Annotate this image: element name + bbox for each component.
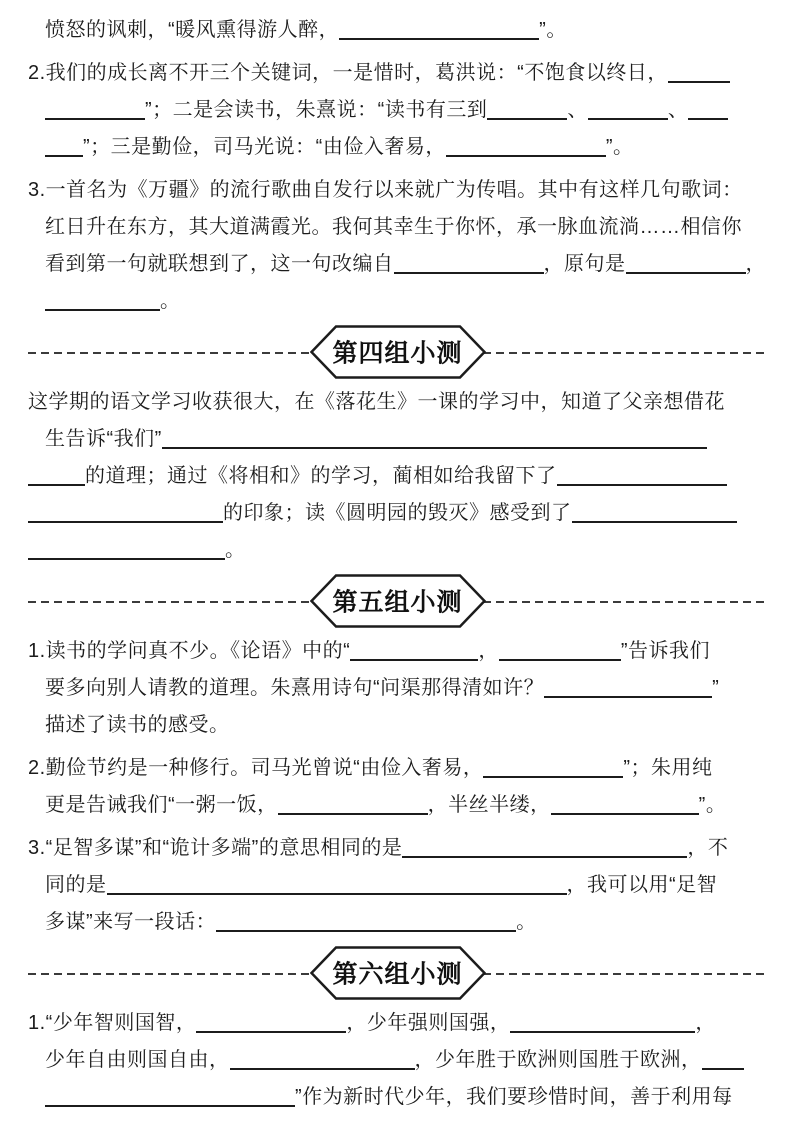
text-run: 、 xyxy=(567,99,588,121)
text-line: 要多向别人请教的道理。朱熹用诗句“问渠那得清如许？” xyxy=(28,670,767,707)
text-run: 。 xyxy=(225,539,246,561)
text-run: 。 xyxy=(516,911,537,933)
fill-in-blank xyxy=(544,676,712,698)
text-run: ”。 xyxy=(699,794,727,816)
fill-in-blank xyxy=(572,501,737,523)
worksheet-page: 愤怒的讽刺，“暖风熏得游人醉，”。2.我们的成长离不开三个关键词，一是惜时，葛洪… xyxy=(0,0,793,1122)
text-run: 2.勤俭节约是一种修行。司马光曾说“由俭入奢易， xyxy=(28,757,483,779)
section-divider: 第五组小测 xyxy=(28,575,767,627)
text-run: ， xyxy=(478,640,499,662)
text-run: ， xyxy=(695,1012,716,1034)
text-line: 同的是，我可以用“足智 xyxy=(28,867,767,904)
fill-in-blank xyxy=(557,464,727,486)
paragraph: 3.“足智多谋”和“诡计多端”的意思相同的是，不同的是，我可以用“足智多谋”来写… xyxy=(28,830,767,941)
fill-in-blank xyxy=(107,873,567,895)
text-run: ”作为新时代少年，我们要珍惜时间，善于利用每 xyxy=(295,1086,733,1108)
text-line: ”；二是会读书，朱熹说：“读书有三到、、 xyxy=(28,92,767,129)
fill-in-blank xyxy=(339,18,539,40)
fill-in-blank xyxy=(45,1085,295,1107)
section-divider: 第六组小测 xyxy=(28,947,767,999)
text-run: 3.一首名为《万疆》的流行歌曲自发行以来就广为传唱。其中有这样几句歌词： xyxy=(28,179,743,201)
text-run: ”。 xyxy=(539,19,567,41)
fill-in-blank xyxy=(278,793,428,815)
text-run: 1.读书的学问真不少。《论语》中的“ xyxy=(28,640,350,662)
fill-in-blank xyxy=(588,98,668,120)
text-line: 看到第一句就联想到了，这一句改编自，原句是， xyxy=(28,246,767,283)
text-run: 愤怒的讽刺，“暖风熏得游人醉， xyxy=(45,19,339,41)
section-badge: 第四组小测 xyxy=(310,325,486,379)
fill-in-blank xyxy=(45,135,83,157)
text-run: 、 xyxy=(668,99,689,121)
fill-in-blank xyxy=(230,1048,415,1070)
paragraph: 1.“少年智则国智，，少年强则国强，，少年自由则国自由，，少年胜于欧洲则国胜于欧… xyxy=(28,1005,767,1116)
text-run: ， xyxy=(746,253,767,275)
text-line: 少年自由则国自由，，少年胜于欧洲则国胜于欧洲， xyxy=(28,1042,767,1079)
text-line: 这学期的语文学习收获很大，在《落花生》一课的学习中，知道了父亲想借花 xyxy=(28,384,767,421)
text-run: ”；三是勤俭，司马光说：“由俭入奢易， xyxy=(83,136,446,158)
text-line: 1.“少年智则国智，，少年强则国强，， xyxy=(28,1005,767,1042)
text-line: 1.读书的学问真不少。《论语》中的“，”告诉我们 xyxy=(28,633,767,670)
text-line: ”；三是勤俭，司马光说：“由俭入奢易，”。 xyxy=(28,129,767,166)
paragraph: 2.勤俭节约是一种修行。司马光曾说“由俭入奢易，”；朱用纯更是告诫我们“一粥一饭… xyxy=(28,750,767,824)
text-line: 的道理；通过《将相和》的学习，蔺相如给我留下了 xyxy=(28,458,767,495)
text-line: 更是告诫我们“一粥一饭，，半丝半缕，”。 xyxy=(28,787,767,824)
text-run: ” xyxy=(712,677,719,699)
section-badge: 第六组小测 xyxy=(310,946,486,1000)
section-divider: 第四组小测 xyxy=(28,326,767,378)
text-line: 红日升在东方，其大道满霞光。我何其幸生于你怀，承一脉血流淌……相信你 xyxy=(28,209,767,246)
text-run: 多谋”来写一段话： xyxy=(45,911,216,933)
text-run: ，少年强则国强， xyxy=(346,1012,510,1034)
text-line: 3.“足智多谋”和“诡计多端”的意思相同的是，不 xyxy=(28,830,767,867)
text-run: 这学期的语文学习收获很大，在《落花生》一课的学习中，知道了父亲想借花 xyxy=(28,391,725,413)
text-run: 要多向别人请教的道理。朱熹用诗句“问渠那得清如许？ xyxy=(45,677,544,699)
fill-in-blank xyxy=(626,252,746,274)
text-line: ”作为新时代少年，我们要珍惜时间，善于利用每 xyxy=(28,1079,767,1116)
fill-in-blank xyxy=(510,1011,695,1033)
text-line: 的印象；读《圆明园的毁灭》感受到了 xyxy=(28,495,767,532)
text-run: ，我可以用“足智 xyxy=(567,874,718,896)
fill-in-blank xyxy=(483,756,623,778)
fill-in-blank xyxy=(28,501,223,523)
text-run: 看到第一句就联想到了，这一句改编自 xyxy=(45,253,394,275)
fill-in-blank xyxy=(487,98,567,120)
section-badge-label: 第四组小测 xyxy=(310,333,486,369)
text-run: 同的是 xyxy=(45,874,107,896)
text-run: 的印象；读《圆明园的毁灭》感受到了 xyxy=(223,502,572,524)
fill-in-blank xyxy=(45,289,160,311)
section-badge-label: 第六组小测 xyxy=(310,954,486,990)
text-run: ，不 xyxy=(687,837,728,859)
fill-in-blank xyxy=(394,252,544,274)
text-run: ，半丝半缕， xyxy=(428,794,551,816)
text-line: 3.一首名为《万疆》的流行歌曲自发行以来就广为传唱。其中有这样几句歌词： xyxy=(28,172,767,209)
fill-in-blank xyxy=(28,538,225,560)
text-run: 2.我们的成长离不开三个关键词，一是惜时，葛洪说：“不饱食以终日， xyxy=(28,62,668,84)
text-line: 2.我们的成长离不开三个关键词，一是惜时，葛洪说：“不饱食以终日， xyxy=(28,55,767,92)
paragraph: 1.读书的学问真不少。《论语》中的“，”告诉我们要多向别人请教的道理。朱熹用诗句… xyxy=(28,633,767,744)
fill-in-blank xyxy=(402,836,687,858)
fill-in-blank xyxy=(45,98,145,120)
text-run: ”告诉我们 xyxy=(621,640,710,662)
fill-in-blank xyxy=(28,464,85,486)
text-run: ”；朱用纯 xyxy=(623,757,712,779)
text-run: 少年自由则国自由， xyxy=(45,1049,230,1071)
text-run: 红日升在东方，其大道满霞光。我何其幸生于你怀，承一脉血流淌……相信你 xyxy=(45,216,742,238)
text-run: 的道理；通过《将相和》的学习，蔺相如给我留下了 xyxy=(85,465,557,487)
fill-in-blank xyxy=(668,61,730,83)
text-run: 更是告诫我们“一粥一饭， xyxy=(45,794,278,816)
text-run: ，少年胜于欧洲则国胜于欧洲， xyxy=(415,1049,702,1071)
paragraph: 愤怒的讽刺，“暖风熏得游人醉，”。 xyxy=(28,12,767,49)
paragraph: 2.我们的成长离不开三个关键词，一是惜时，葛洪说：“不饱食以终日，”；二是会读书… xyxy=(28,55,767,166)
fill-in-blank xyxy=(162,427,707,449)
text-run: ”；二是会读书，朱熹说：“读书有三到 xyxy=(145,99,487,121)
text-run: 1.“少年智则国智， xyxy=(28,1012,196,1034)
text-run: 描述了读书的感受。 xyxy=(45,714,230,736)
section-badge-label: 第五组小测 xyxy=(310,582,486,618)
section-badge: 第五组小测 xyxy=(310,574,486,628)
fill-in-blank xyxy=(350,639,478,661)
fill-in-blank xyxy=(688,98,728,120)
fill-in-blank xyxy=(499,639,621,661)
fill-in-blank xyxy=(702,1048,744,1070)
fill-in-blank xyxy=(551,793,699,815)
text-run: 3.“足智多谋”和“诡计多端”的意思相同的是 xyxy=(28,837,402,859)
text-line: 2.勤俭节约是一种修行。司马光曾说“由俭入奢易，”；朱用纯 xyxy=(28,750,767,787)
text-line: 描述了读书的感受。 xyxy=(28,707,767,744)
text-line: 愤怒的讽刺，“暖风熏得游人醉，”。 xyxy=(28,12,767,49)
text-line: 多谋”来写一段话：。 xyxy=(28,904,767,941)
text-line: 。 xyxy=(28,283,767,320)
fill-in-blank xyxy=(446,135,606,157)
text-run: 。 xyxy=(160,290,181,312)
fill-in-blank xyxy=(216,910,516,932)
paragraph: 这学期的语文学习收获很大，在《落花生》一课的学习中，知道了父亲想借花生告诉“我们… xyxy=(28,384,767,569)
text-run: ，原句是 xyxy=(544,253,626,275)
text-run: ”。 xyxy=(606,136,634,158)
paragraph: 3.一首名为《万疆》的流行歌曲自发行以来就广为传唱。其中有这样几句歌词：红日升在… xyxy=(28,172,767,320)
text-run: 生告诉“我们” xyxy=(45,428,162,450)
text-line: 。 xyxy=(28,532,767,569)
fill-in-blank xyxy=(196,1011,346,1033)
text-line: 生告诉“我们” xyxy=(28,421,767,458)
